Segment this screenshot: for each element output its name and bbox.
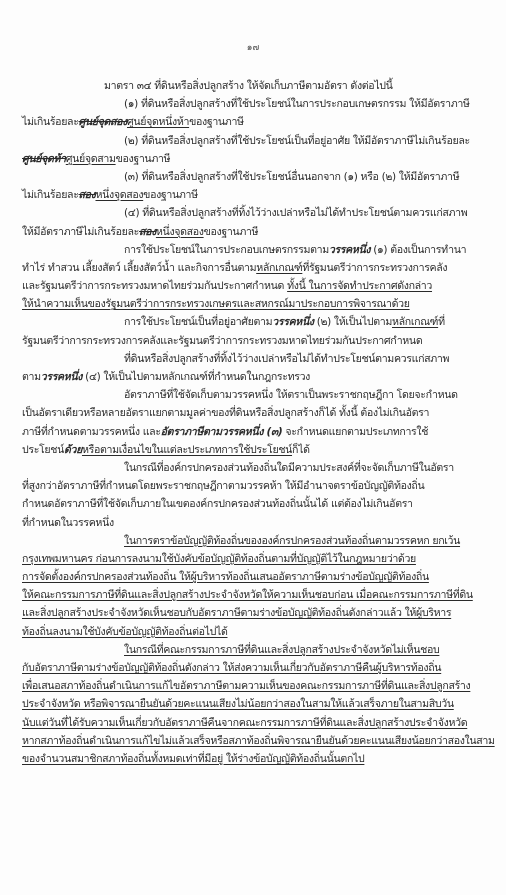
underlined-amendment-run: ทั้งนี้ ในการจัดทำประกาศดังกล่าว xyxy=(287,280,432,292)
text-run: จะกำหนดแยกตามประเภทการใช้ xyxy=(282,426,428,438)
text-run: ประโยชน์ xyxy=(22,444,64,456)
underlined-amendment-run: ให้นำความเห็นของรัฐมนตรีว่าการกระทรวงเกษ… xyxy=(22,298,410,310)
text-run: (๔) ให้เป็นไปตามหลักเกณฑ์ที่กำหนดในกฎกระ… xyxy=(82,371,310,383)
underlined-amendment-run: หากสภาท้องถิ่นดำเนินการแก้ไขไม่แล้วเสร็จ… xyxy=(22,735,495,747)
bold-italic-run: อัตราภาษีตามวรรคหนึ่ง (๓) xyxy=(161,426,283,438)
text-line: การใช้ประโยชน์เป็นที่อยู่อาศัยตามวรรคหนึ… xyxy=(22,313,492,331)
text-line: ศูนย์จุดห้าศูนย์จุดสามของฐานภาษี xyxy=(22,150,492,168)
text-line: ไม่เกินร้อยละสองหนึ่งจุดสองของฐานภาษี xyxy=(22,186,492,204)
section-heading: มาตรา ๓๔ ที่ดินหรือสิ่งปลูกสร้าง ให้จัดเ… xyxy=(22,77,492,95)
text-run: ตาม xyxy=(22,371,41,383)
text-run: ของฐานภาษี xyxy=(116,153,171,165)
text-line: ให้คณะกรรมการภาษีที่ดินและสิ่งปลูกสร้างป… xyxy=(22,586,492,604)
underlined-amendment-run: ในกรณีที่คณะกรรมการภาษีที่ดินและสิ่งปลูก… xyxy=(124,644,439,656)
text-line: กรุงเทพมหานคร ก่อนการลงนามใช้บังคับข้อบั… xyxy=(22,550,492,568)
text-line: เป็นอัตราเดียวหรือหลายอัตราแยกตามมูลค่าข… xyxy=(22,404,492,422)
text-line: กับอัตราภาษีตามร่างข้อบัญญัติท้องถิ่นดัง… xyxy=(22,659,492,677)
text-line: และรัฐมนตรีว่าการกระทรวงมหาดไทยร่วมกันปร… xyxy=(22,277,492,295)
text-run: ของฐานภาษี xyxy=(189,116,244,128)
text-run: ที่กำหนดในวรรคหนึ่ง xyxy=(22,517,114,529)
bold-italic-run: วรรคหนึ่ง xyxy=(41,371,82,383)
text-line: ที่สูงกว่าอัตราภาษีที่กำหนดโดยพระราชกฤษฎ… xyxy=(22,477,492,495)
text-line: ภาษีที่กำหนดตามวรรคหนึ่ง และอัตราภาษีตาม… xyxy=(22,423,492,441)
text-line: (๒) ที่ดินหรือสิ่งปลูกสร้างที่ใช้ประโยชน… xyxy=(22,132,492,150)
text-line: ในกรณีที่องค์กรปกครองส่วนท้องถิ่นใดมีควา… xyxy=(22,459,492,477)
paragraph-lines: (๑) ที่ดินหรือสิ่งปลูกสร้างที่ใช้ประโยชน… xyxy=(22,95,492,768)
text-run: ในกรณีที่องค์กรปกครองส่วนท้องถิ่นใดมีควา… xyxy=(124,462,454,474)
text-line: และสิ่งปลูกสร้างประจำจังหวัดเห็นชอบกับอั… xyxy=(22,604,492,622)
text-line: ไม่เกินร้อยละศูนย์จุดสองศูนย์จุดหนึ่งห้า… xyxy=(22,113,492,131)
text-line: การจัดตั้งองค์กรปกครองส่วนท้องถิ่น ให้ผู… xyxy=(22,568,492,586)
text-line: ท้องถิ่นลงนามใช้บังคับข้อบัญญัติท้องถิ่น… xyxy=(22,623,492,641)
underlined-amendment-run: และสิ่งปลูกสร้างประจำจังหวัดเห็นชอบกับอั… xyxy=(22,607,451,619)
text-line: อัตราภาษีที่ใช้จัดเก็บตามวรรคหนึ่ง ให้ตร… xyxy=(22,386,492,404)
text-run: ที่ดินหรือสิ่งปลูกสร้างที่ทิ้งไว้ว่างเปล… xyxy=(124,353,449,365)
struck-deletion-run: สอง xyxy=(79,189,96,201)
text-run: ของฐานภาษี xyxy=(204,226,259,238)
text-run: ที่รัฐมนตรีว่าการกระทรวงการคลัง xyxy=(302,262,447,274)
text-line: ประโยชน์ด้วยหรือตามเงื่อนไขในแต่ละประเภท… xyxy=(22,441,492,459)
text-line: (๔) ที่ดินหรือสิ่งปลูกสร้างที่ทิ้งไว้ว่า… xyxy=(22,204,492,222)
text-run: ภาษีที่กำหนดตามวรรคหนึ่ง และ xyxy=(22,426,161,438)
page-number: ๑๗ xyxy=(0,40,506,54)
text-run: ของฐานภาษี xyxy=(143,189,198,201)
text-line: ในการตราข้อบัญญัติท้องถิ่นขององค์กรปกครอ… xyxy=(22,532,492,550)
bold-italic-run: วรรคหนึ่ง xyxy=(272,316,313,328)
struck-deletion-run: สอง xyxy=(139,226,156,238)
text-run: (๓) ที่ดินหรือสิ่งปลูกสร้างที่ใช้ประโยชน… xyxy=(124,171,459,183)
underlined-amendment-run: ของจำนวนสมาชิกสภาท้องถิ่นทั้งหมดเท่าที่ม… xyxy=(22,753,364,765)
text-line: ให้นำความเห็นของรัฐมนตรีว่าการกระทรวงเกษ… xyxy=(22,295,492,313)
underlined-amendment-run: หนึ่งจุดสอง xyxy=(156,226,204,238)
text-run: (๒) ให้เป็นไปตาม xyxy=(314,316,392,328)
text-run: เป็นอัตราเดียวหรือหลายอัตราแยกตามมูลค่าข… xyxy=(22,407,429,419)
text-line: ที่ดินหรือสิ่งปลูกสร้างที่ทิ้งไว้ว่างเปล… xyxy=(22,350,492,368)
underlined-amendment-run: นับแต่วันที่ได้รับความเห็นเกี่ยวกับอัตรา… xyxy=(22,717,467,729)
bold-italic-run: วรรคหนึ่ง xyxy=(329,244,370,256)
text-run: ที่สูงกว่าอัตราภาษีที่กำหนดโดยพระราชกฤษฎ… xyxy=(22,480,424,492)
underlined-amendment-run: การจัดตั้งองค์กรปกครองส่วนท้องถิ่น ให้ผู… xyxy=(22,571,429,583)
underlined-amendment-run: ศูนย์จุดสาม xyxy=(66,153,116,165)
underlined-amendment-run: เพื่อเสนอสภาท้องถิ่นดำเนินการแก้ไขอัตราภ… xyxy=(22,680,470,692)
document-body: มาตรา ๓๔ ที่ดินหรือสิ่งปลูกสร้าง ให้จัดเ… xyxy=(22,77,492,768)
text-line: (๓) ที่ดินหรือสิ่งปลูกสร้างที่ใช้ประโยชน… xyxy=(22,168,492,186)
text-run: กำหนดอัตราภาษีที่ใช้จัดเก็บภายในเขตองค์ก… xyxy=(22,498,413,510)
underlined-amendment-run: หลักเกณฑ์ xyxy=(392,316,438,328)
text-run: (๑) ต้องเป็นการทำนา xyxy=(370,244,466,256)
text-run: ไม่เกินร้อยละ xyxy=(22,189,79,201)
text-run: ที่ xyxy=(438,316,445,328)
text-line: กำหนดอัตราภาษีที่ใช้จัดเก็บภายในเขตองค์ก… xyxy=(22,495,492,513)
text-line: การใช้ประโยชน์ในการประกอบเกษตรกรรมตามวรร… xyxy=(22,241,492,259)
underlined-amendment-run: ในการตราข้อบัญญัติท้องถิ่นขององค์กรปกครอ… xyxy=(124,535,460,547)
text-run: ให้มีอัตราภาษีไม่เกินร้อยละ xyxy=(22,226,139,238)
text-line: ให้มีอัตราภาษีไม่เกินร้อยละสองหนึ่งจุดสอ… xyxy=(22,223,492,241)
text-line: ในกรณีที่คณะกรรมการภาษีที่ดินและสิ่งปลูก… xyxy=(22,641,492,659)
text-run: (๑) ที่ดินหรือสิ่งปลูกสร้างที่ใช้ประโยชน… xyxy=(124,98,470,110)
text-run: และรัฐมนตรีว่าการกระทรวงมหาดไทยร่วมกันปร… xyxy=(22,280,287,292)
text-run: การใช้ประโยชน์ในการประกอบเกษตรกรรมตาม xyxy=(124,244,329,256)
text-line: ที่กำหนดในวรรคหนึ่ง xyxy=(22,514,492,532)
underlined-amendment-run: กรุงเทพมหานคร ก่อนการลงนามใช้บังคับข้อบั… xyxy=(22,553,416,565)
underlined-amendment-run: ท้องถิ่นลงนามใช้บังคับข้อบัญญัติท้องถิ่น… xyxy=(22,626,227,638)
text-line: ประจำจังหวัด หรือพิจารณายืนยันด้วยคะแนนเ… xyxy=(22,695,492,713)
text-line: ของจำนวนสมาชิกสภาท้องถิ่นทั้งหมดเท่าที่ม… xyxy=(22,750,492,768)
text-run: ไม่เกินร้อยละ xyxy=(22,116,79,128)
text-run: (๒) ที่ดินหรือสิ่งปลูกสร้างที่ใช้ประโยชน… xyxy=(124,135,470,147)
struck-deletion-run: ศูนย์จุดสอง xyxy=(79,116,127,128)
text-line: รัฐมนตรีว่าการกระทรวงการคลังและรัฐมนตรีว… xyxy=(22,332,492,350)
bold-italic-run: ด้วย xyxy=(64,444,82,456)
underlined-amendment-run: ให้คณะกรรมการภาษีที่ดินและสิ่งปลูกสร้างป… xyxy=(22,589,473,601)
underlined-amendment-run: กับอัตราภาษีตามร่างข้อบัญญัติท้องถิ่นดัง… xyxy=(22,662,441,674)
text-run: (๔) ที่ดินหรือสิ่งปลูกสร้างที่ทิ้งไว้ว่า… xyxy=(124,207,467,219)
text-run: ทำไร่ ทำสวน เลี้ยงสัตว์ เลี้ยงสัตว์น้ำ แ… xyxy=(22,262,256,274)
text-line: เพื่อเสนอสภาท้องถิ่นดำเนินการแก้ไขอัตราภ… xyxy=(22,677,492,695)
underlined-amendment-run: หรือตามเงื่อนไขในแต่ละประเภทการใช้ประโยช… xyxy=(82,444,292,456)
document-page: ๑๗ มาตรา ๓๔ ที่ดินหรือสิ่งปลูกสร้าง ให้จ… xyxy=(0,0,506,895)
text-run: อัตราภาษีที่ใช้จัดเก็บตามวรรคหนึ่ง ให้ตร… xyxy=(124,389,458,401)
text-run: การใช้ประโยชน์เป็นที่อยู่อาศัยตาม xyxy=(124,316,272,328)
underlined-amendment-run: ศูนย์จุดหนึ่งห้า xyxy=(127,116,189,128)
underlined-amendment-run: ประจำจังหวัด หรือพิจารณายืนยันด้วยคะแนนเ… xyxy=(22,698,454,710)
text-line: ตามวรรคหนึ่ง (๔) ให้เป็นไปตามหลักเกณฑ์ที… xyxy=(22,368,492,386)
struck-deletion-run: ศูนย์จุดห้า xyxy=(22,153,66,165)
text-line: นับแต่วันที่ได้รับความเห็นเกี่ยวกับอัตรา… xyxy=(22,714,492,732)
text-line: หากสภาท้องถิ่นดำเนินการแก้ไขไม่แล้วเสร็จ… xyxy=(22,732,492,750)
underlined-amendment-run: หลักเกณฑ์ xyxy=(256,262,302,274)
underlined-amendment-run: หนึ่งจุดสอง xyxy=(95,189,143,201)
text-line: (๑) ที่ดินหรือสิ่งปลูกสร้างที่ใช้ประโยชน… xyxy=(22,95,492,113)
text-run: ก็ได้ xyxy=(292,444,310,456)
text-run: รัฐมนตรีว่าการกระทรวงการคลังและรัฐมนตรีว… xyxy=(22,335,422,347)
text-line: ทำไร่ ทำสวน เลี้ยงสัตว์ เลี้ยงสัตว์น้ำ แ… xyxy=(22,259,492,277)
